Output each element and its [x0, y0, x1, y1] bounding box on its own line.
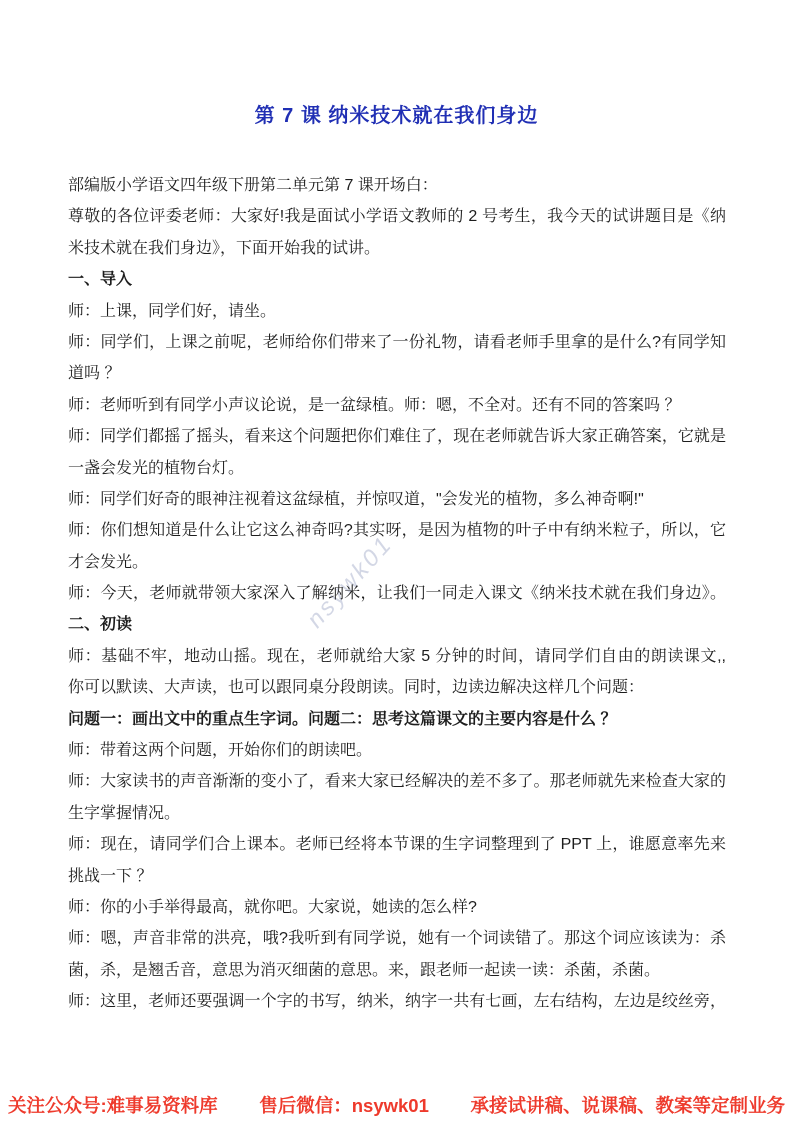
text-line: 部编版小学语文四年级下册第二单元第 7 课开场白：	[68, 170, 726, 201]
text-line: 师：同学们，上课之前呢，老师给你们带来了一份礼物，请看老师手里拿的是什么?有同学…	[68, 327, 726, 358]
text-line: 师：同学们好奇的眼神注视着这盆绿植，并惊叹道，"会发光的植物，多么神奇啊!"	[68, 484, 726, 515]
document-page: 第 7 课 纳米技术就在我们身边 nsywk01 部编版小学语文四年级下册第二单…	[0, 0, 793, 1122]
text-line: 师：现在，请同学们合上课本。老师已经将本节课的生字词整理到了 PPT 上，谁愿意…	[68, 829, 726, 860]
text-line: 生字掌握情况。	[68, 798, 726, 829]
text-line: 师：今天，老师就带领大家深入了解纳米，让我们一同走入课文《纳米技术就在我们身边》…	[68, 578, 726, 609]
text-line: 挑战一下 ？	[68, 861, 726, 892]
section-heading: 二、初读	[68, 609, 726, 640]
text-line: 道吗 ？	[68, 358, 726, 389]
text-line: 师：你的小手举得最高，就你吧。大家说，她读的怎么样?	[68, 892, 726, 923]
text-line: 师：你们想知道是什么让它这么神奇吗?其实呀，是因为植物的叶子中有纳米粒子，所以，…	[68, 515, 726, 546]
text-line: 师：这里，老师还要强调一个字的书写，纳米，纳字一共有七画，左右结构，左边是绞丝旁…	[68, 986, 726, 1017]
text-line: 师：嗯，声音非常的洪亮，哦?我听到有同学说，她有一个词读错了。那这个词应该读为：…	[68, 923, 726, 954]
text-line: 师：老师听到有同学小声议论说，是一盆绿植。师：嗯，不全对。还有不同的答案吗 ？	[68, 390, 726, 421]
text-line: 你可以默读、大声读，也可以跟同桌分段朗读。同时，边读边解决这样几个问题：	[68, 672, 726, 703]
footer-banner: 关注公众号:难事易资料库售后微信：nsywk01承接试讲稿、说课稿、教案等定制业…	[8, 1092, 785, 1118]
text-line: 师：带着这两个问题，开始你们的朗读吧。	[68, 735, 726, 766]
footer-segment: 承接试讲稿、说课稿、教案等定制业务	[470, 1092, 785, 1118]
text-line: 一盏会发光的植物台灯。	[68, 453, 726, 484]
text-line: 菌，杀，是翘舌音，意思为消灭细菌的意思。来，跟老师一起读一读：杀菌，杀菌。	[68, 955, 726, 986]
text-line: 师：基础不牢，地动山摇。现在，老师就给大家 5 分钟的时间，请同学们自由的朗读课…	[68, 641, 726, 672]
text-line: 师：上课，同学们好，请坐。	[68, 296, 726, 327]
section-heading: 问题一：画出文中的重点生字词。问题二：思考这篇课文的主要内容是什么 ？	[68, 704, 726, 735]
text-line: 米技术就在我们身边》，下面开始我的试讲。	[68, 233, 726, 264]
text-line: 才会发光。	[68, 547, 726, 578]
text-line: 尊敬的各位评委老师：大家好!我是面试小学语文教师的 2 号考生，我今天的试讲题目…	[68, 201, 726, 232]
text-line: 师：大家读书的声音渐渐的变小了，看来大家已经解决的差不多了。那老师就先来检查大家…	[68, 766, 726, 797]
footer-segment: 售后微信：nsywk01	[259, 1092, 429, 1118]
page-title: 第 7 课 纳米技术就在我们身边	[0, 99, 793, 128]
footer-segment: 关注公众号:难事易资料库	[8, 1092, 218, 1118]
section-heading: 一、导入	[68, 264, 726, 295]
text-line: 师：同学们都摇了摇头，看来这个问题把你们难住了，现在老师就告诉大家正确答案，它就…	[68, 421, 726, 452]
document-body: 部编版小学语文四年级下册第二单元第 7 课开场白：尊敬的各位评委老师：大家好!我…	[68, 170, 726, 1018]
